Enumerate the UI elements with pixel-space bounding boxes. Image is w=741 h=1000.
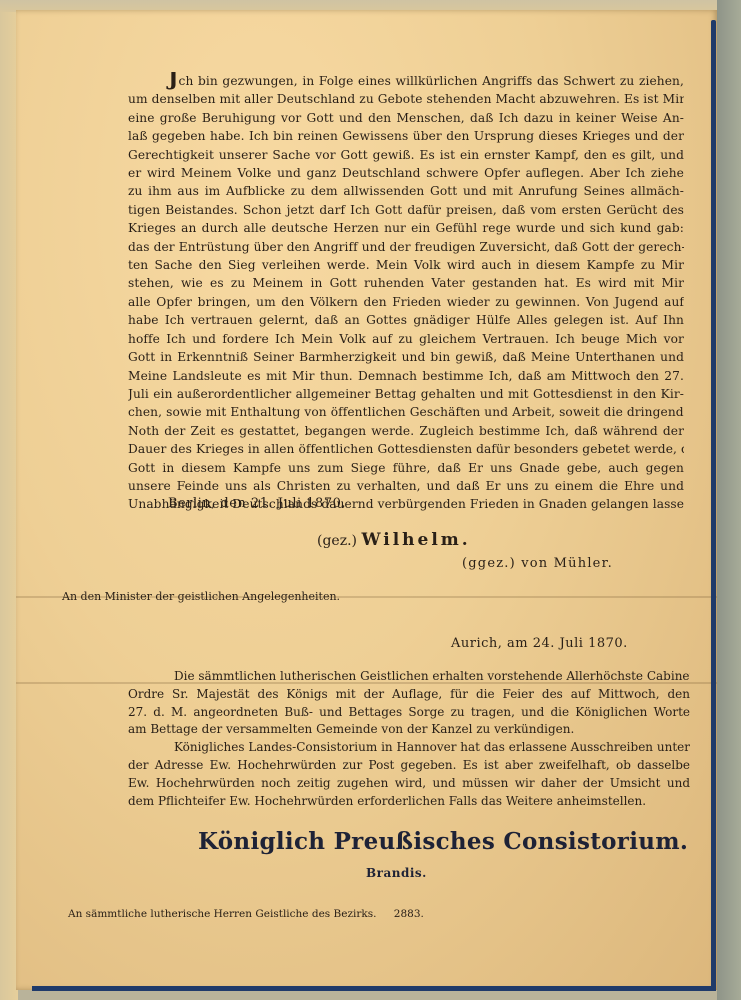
proclamation-line: unsere Feinde uns als Christen zu verhal… xyxy=(128,477,684,495)
signature-wilhelm: (gez.) Wilhelm. xyxy=(317,530,471,550)
notice-line: dem Pflichteifer Ew. Hochehrwürden erfor… xyxy=(128,793,690,811)
blue-mount-edge-right xyxy=(711,20,716,990)
notice-line: am Bettage der versammelten Gemeinde von… xyxy=(128,721,690,739)
proclamation-line: das der Entrüstung über den Angriff und … xyxy=(128,238,684,256)
notice-line: Ew. Hochehrwürden noch zeitig zugehen wi… xyxy=(128,775,690,793)
proclamation-line: Krieges an durch alle deutsche Herzen nu… xyxy=(128,219,684,237)
proclamation-line: Juli ein außerordentlicher allgemeiner B… xyxy=(128,385,684,403)
addressee-minister: An den Minister der geistlichen Angelege… xyxy=(62,590,340,603)
proclamation-line: hoffe Ich und fordere Ich Mein Volk auf … xyxy=(128,330,684,348)
footer-addressee: An sämmtliche lutherische Herren Geistli… xyxy=(68,908,424,920)
proclamation-line: um denselben mit aller Deutschland zu Ge… xyxy=(128,90,684,108)
notice-line: Die sämmtlichen lutherischen Geistlichen… xyxy=(128,668,690,686)
proclamation-line: Gott in Erkenntniß Seiner Barmherzigkeit… xyxy=(128,348,684,366)
notice-line: Ordre Sr. Majestät des Königs mit der Au… xyxy=(128,686,690,704)
proclamation-line: eine große Beruhigung vor Gott und den M… xyxy=(128,109,684,127)
proclamation-line: Noth der Zeit es gestattet, begangen wer… xyxy=(128,422,684,440)
proclamation-body: Jch bin gezwungen, in Folge eines willkü… xyxy=(128,72,684,514)
proclamation-line: Jch bin gezwungen, in Folge eines willkü… xyxy=(128,72,684,90)
aurich-dateline: Aurich, am 24. Juli 1870. xyxy=(451,636,628,651)
drop-cap: J xyxy=(168,72,179,90)
proclamation-line: habe Ich vertrauen gelernt, daß an Gotte… xyxy=(128,311,684,329)
proclamation-line: Gerechtigkeit unserer Sache vor Gott gew… xyxy=(128,146,684,164)
signature-von-muehler: (ggez.) von Mühler. xyxy=(462,556,613,571)
consistorium-notice: Die sämmtlichen lutherischen Geistlichen… xyxy=(128,668,690,810)
signature-prefix: (gez.) xyxy=(317,533,357,549)
proclamation-line: Meine Landsleute es mit Mir thun. Demnac… xyxy=(128,367,684,385)
signature-name: Wilhelm. xyxy=(361,530,470,550)
notice-line: der Adresse Ew. Hochehrwürden zur Post g… xyxy=(128,757,690,775)
proclamation-line: er wird Meinem Volke und ganz Deutschlan… xyxy=(128,164,684,182)
background-right xyxy=(717,0,741,1000)
proclamation-line: zu ihm aus im Aufblicke zu dem allwissen… xyxy=(128,182,684,200)
proclamation-line: tigen Beistandes. Schon jetzt darf Ich G… xyxy=(128,201,684,219)
notice-line: 27. d. M. angeordneten Buß- und Bettages… xyxy=(128,704,690,722)
proclamation-line: alle Opfer bringen, um den Völkern den F… xyxy=(128,293,684,311)
proclamation-line: ten Sache den Sieg verleihen werde. Mein… xyxy=(128,256,684,274)
proclamation-line: laß gegeben habe. Ich bin reinen Gewisse… xyxy=(128,127,684,145)
proclamation-line: Dauer des Krieges in allen öffentlichen … xyxy=(128,440,684,458)
proclamation-line: Gott in diesem Kampfe uns zum Siege führ… xyxy=(128,459,684,477)
issuer-signatory: Brandis. xyxy=(366,866,427,880)
proclamation-line: stehen, wie es zu Meinem in Gott ruhende… xyxy=(128,274,684,292)
proclamation-line: chen, sowie mit Enthaltung von öffentlic… xyxy=(128,403,684,421)
blue-mount-edge-bottom xyxy=(32,986,716,991)
footer-addressee-text: An sämmtliche lutherische Herren Geistli… xyxy=(68,908,376,920)
document-number: 2883. xyxy=(394,908,424,920)
notice-line: Königliches Landes-Consistorium in Hanno… xyxy=(128,739,690,757)
berlin-dateline: Berlin, den 21. Juli 1870. xyxy=(168,496,346,511)
issuer-heading: Königlich Preußisches Consistorium. xyxy=(198,828,688,855)
